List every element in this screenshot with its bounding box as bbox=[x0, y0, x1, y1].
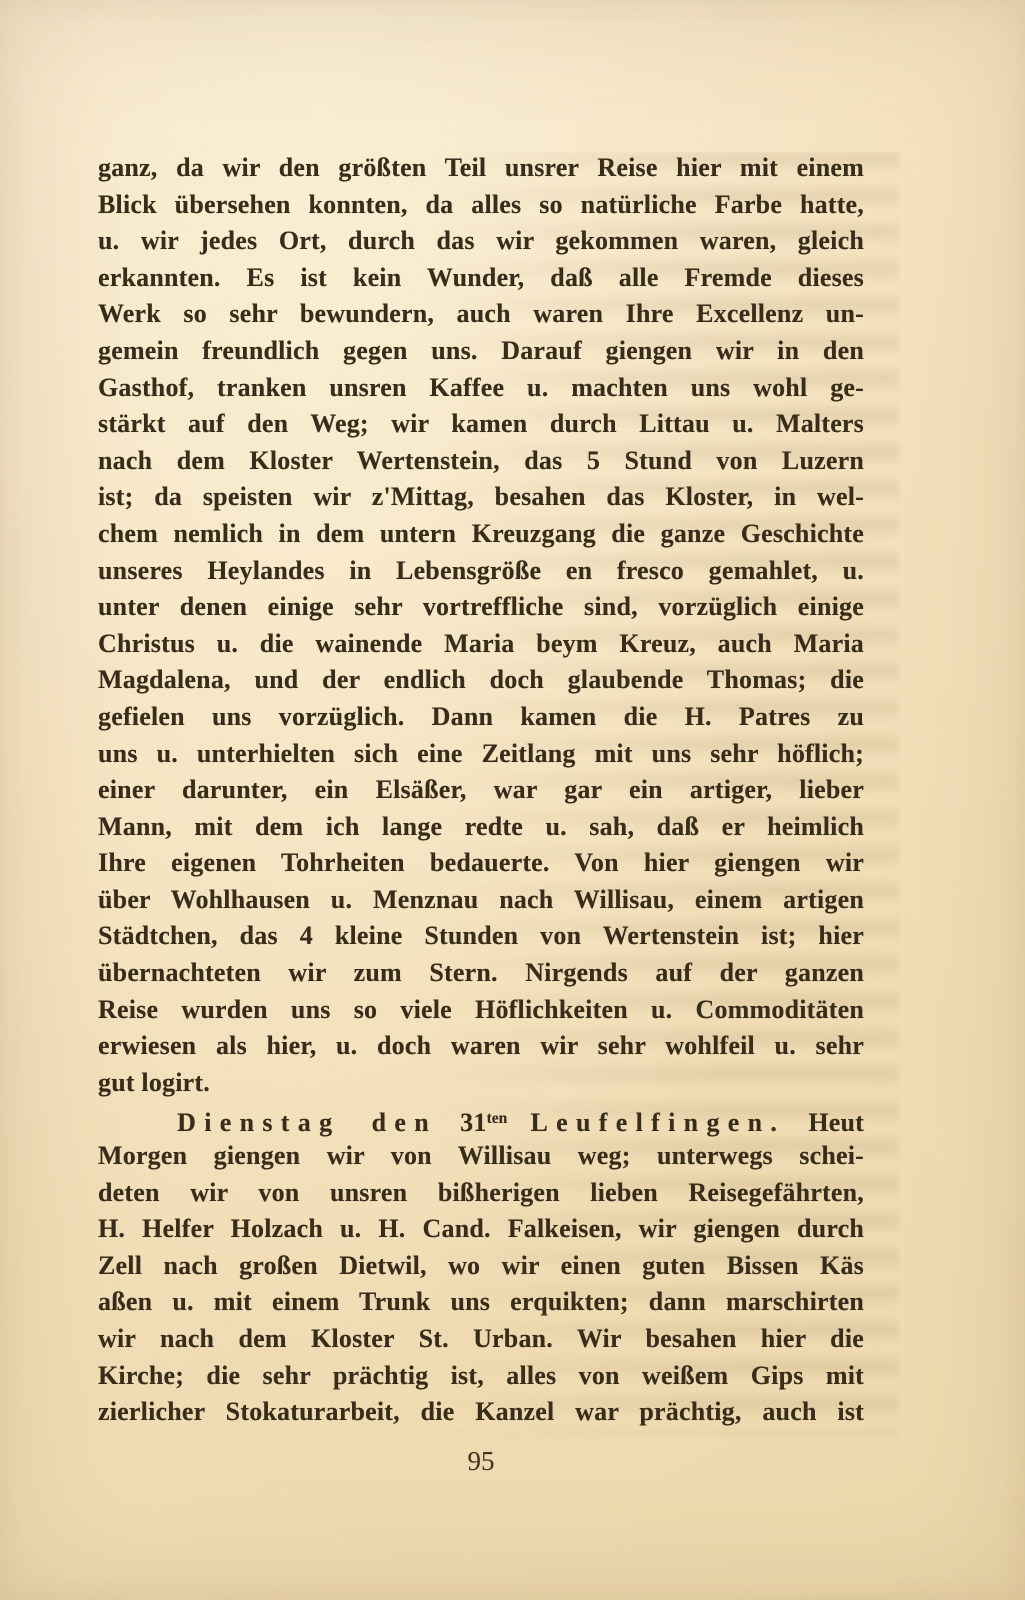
text-line: deten wir von unsren bißherigen lieben R… bbox=[98, 1175, 864, 1212]
text-line: Magdalena, und der endlich doch glaubend… bbox=[98, 662, 864, 699]
heading-date-number: 31ten bbox=[460, 1108, 507, 1137]
text-line: erwiesen als hier, u. doch waren wir seh… bbox=[98, 1028, 864, 1065]
paragraph-2: Dienstag den 31ten Leufelfingen. Heut Mo… bbox=[98, 1101, 864, 1430]
heading-tail: Heut bbox=[808, 1108, 864, 1137]
heading-day: Dienstag den bbox=[177, 1108, 437, 1137]
text-line: Werk so sehr bewundern, auch waren Ihre … bbox=[98, 296, 864, 333]
text-line: Ihre eigenen Tohrheiten bedauerte. Von h… bbox=[98, 845, 864, 882]
text-line: uns u. unterhielten sich eine Zeitlang m… bbox=[98, 736, 864, 773]
text-line: Mann, mit dem ich lange redte u. sah, da… bbox=[98, 809, 864, 846]
text-line: Reise wurden uns so viele Höflichkeiten … bbox=[98, 992, 864, 1029]
text-line: über Wohlhausen u. Menznau nach Willisau… bbox=[98, 882, 864, 919]
text-line: Morgen giengen wir von Willisau weg; unt… bbox=[98, 1138, 864, 1175]
text-line: Zell nach großen Dietwil, wo wir einen g… bbox=[98, 1248, 864, 1285]
text-line: einer darunter, ein Elsäßer, war gar ein… bbox=[98, 772, 864, 809]
text-line: Gasthof, tranken unsren Kaffee u. machte… bbox=[98, 370, 864, 407]
text-line: erkannten. Es ist kein Wunder, daß alle … bbox=[98, 260, 864, 297]
text-line: unter denen einige sehr vortreffliche si… bbox=[98, 589, 864, 626]
text-line: gemein freundlich gegen uns. Darauf gien… bbox=[98, 333, 864, 370]
heading-place: Leufelfingen. bbox=[530, 1108, 785, 1137]
page-text-block: ganz, da wir den größten Teil unsrer Rei… bbox=[98, 150, 864, 1431]
heading-date-suffix: ten bbox=[487, 1110, 508, 1127]
text-line: wir nach dem Kloster St. Urban. Wir besa… bbox=[98, 1321, 864, 1358]
text-line: übernachteten wir zum Stern. Nirgends au… bbox=[98, 955, 864, 992]
text-line: gut logirt. bbox=[98, 1065, 864, 1102]
text-line: ganz, da wir den größten Teil unsrer Rei… bbox=[98, 150, 864, 187]
date-heading-line: Dienstag den 31ten Leufelfingen. Heut bbox=[98, 1101, 864, 1138]
text-line: Blick übersehen konnten, da alles so nat… bbox=[98, 187, 864, 224]
text-line: Christus u. die wainende Maria beym Kreu… bbox=[98, 626, 864, 663]
text-line: aßen u. mit einem Trunk uns erquikten; d… bbox=[98, 1284, 864, 1321]
text-line: unseres Heylandes in Lebensgröße en fres… bbox=[98, 553, 864, 590]
text-line: Städtchen, das 4 kleine Stunden von Wert… bbox=[98, 918, 864, 955]
text-line: gefielen uns vorzüglich. Dann kamen die … bbox=[98, 699, 864, 736]
text-line: chem nemlich in dem untern Kreuzgang die… bbox=[98, 516, 864, 553]
text-line: H. Helfer Holzach u. H. Cand. Falkeisen,… bbox=[98, 1211, 864, 1248]
page-number: 95 bbox=[98, 1446, 864, 1477]
book-page: ganz, da wir den größten Teil unsrer Rei… bbox=[0, 0, 1025, 1600]
text-line: u. wir jedes Ort, durch das wir gekommen… bbox=[98, 223, 864, 260]
text-line: Kirche; die sehr prächtig ist, alles von… bbox=[98, 1358, 864, 1395]
text-line: stärkt auf den Weg; wir kamen durch Litt… bbox=[98, 406, 864, 443]
text-line: zierlicher Stokaturarbeit, die Kanzel wa… bbox=[98, 1394, 864, 1431]
text-line: ist; da speisten wir z'Mittag, besahen d… bbox=[98, 479, 864, 516]
paragraph-1: ganz, da wir den größten Teil unsrer Rei… bbox=[98, 150, 864, 1101]
text-line: nach dem Kloster Wertenstein, das 5 Stun… bbox=[98, 443, 864, 480]
